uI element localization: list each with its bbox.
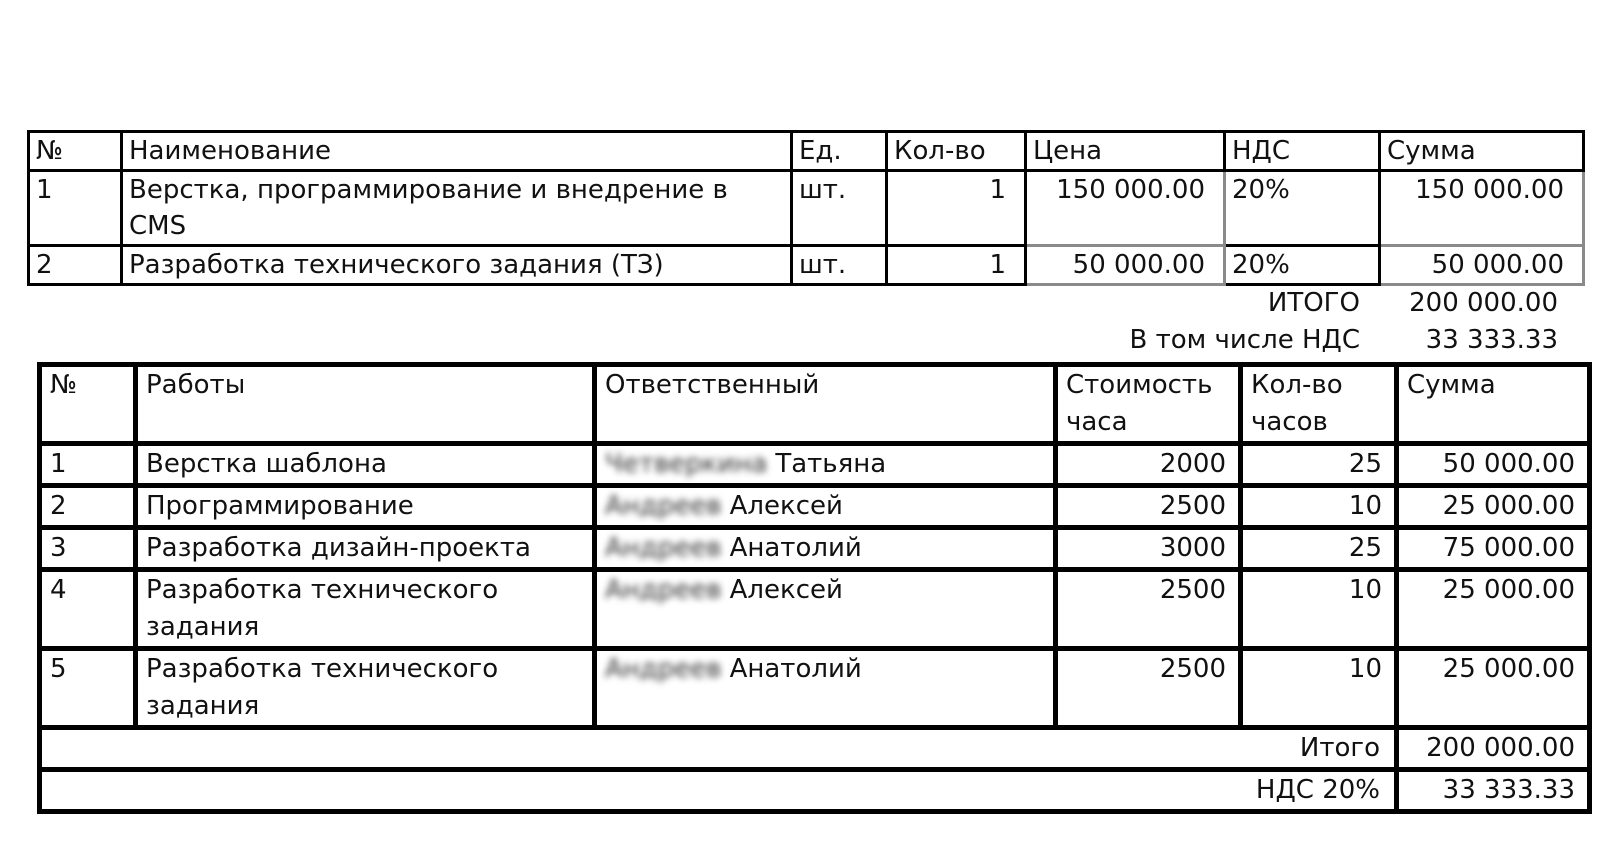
works-row: 3 Разработка дизайн-проекта АндреевАнато… <box>40 528 1590 570</box>
redacted-surname: Андреев <box>605 651 722 688</box>
works-cell-sum: 50 000.00 <box>1397 444 1590 486</box>
works-total-label: Итого <box>40 728 1397 770</box>
works-cell-no: 5 <box>40 649 136 728</box>
estimate-cell-unit: шт. <box>792 246 887 285</box>
works-table: № Работы Ответственный Стоимость часа Ко… <box>37 362 1592 814</box>
works-row: 2 Программирование АндреевАлексей 2500 1… <box>40 486 1590 528</box>
estimate-totals: ИТОГО 200 000.00 В том числе НДС 33 333.… <box>900 285 1558 359</box>
estimate-cell-sum: 50 000.00 <box>1380 246 1584 285</box>
works-header-rate: Стоимость часа <box>1056 365 1241 444</box>
estimate-header-price: Цена <box>1026 132 1225 171</box>
estimate-cell-no: 2 <box>29 246 122 285</box>
estimate-vat-label: В том числе НДС <box>900 322 1360 359</box>
works-row: 1 Верстка шаблона ЧетверкинаТатьяна 2000… <box>40 444 1590 486</box>
responsible-first-name: Алексей <box>730 491 843 521</box>
estimate-cell-qty: 1 <box>887 171 1026 246</box>
responsible-first-name: Алексей <box>730 575 843 605</box>
redacted-surname: Четверкина <box>605 446 767 483</box>
works-cell-sum: 25 000.00 <box>1397 649 1590 728</box>
redacted-surname: Андреев <box>605 530 722 567</box>
works-cell-hours: 10 <box>1241 570 1397 649</box>
works-cell-rate: 2000 <box>1056 444 1241 486</box>
works-vat-label: НДС 20% <box>40 770 1397 812</box>
estimate-header-no: № <box>29 132 122 171</box>
estimate-cell-sum: 150 000.00 <box>1380 171 1584 246</box>
estimate-vat-row: В том числе НДС 33 333.33 <box>900 322 1558 359</box>
works-cell-work: Верстка шаблона <box>136 444 595 486</box>
works-header-hours: Кол-во часов <box>1241 365 1397 444</box>
redacted-surname: Андреев <box>605 488 722 525</box>
works-cell-sum: 25 000.00 <box>1397 486 1590 528</box>
estimate-header-row: № Наименование Ед. Кол-во Цена НДС Сумма <box>29 132 1584 171</box>
estimate-total-row: ИТОГО 200 000.00 <box>900 285 1558 322</box>
works-header-no: № <box>40 365 136 444</box>
estimate-header-qty: Кол-во <box>887 132 1026 171</box>
works-cell-work: Программирование <box>136 486 595 528</box>
works-cell-no: 2 <box>40 486 136 528</box>
estimate-vat-value: 33 333.33 <box>1360 322 1558 359</box>
estimate-row: 2 Разработка технического задания (ТЗ) ш… <box>29 246 1584 285</box>
estimate-total-label: ИТОГО <box>900 285 1360 322</box>
responsible-first-name: Анатолий <box>730 654 862 684</box>
estimate-cell-no: 1 <box>29 171 122 246</box>
works-cell-responsible: АндреевАнатолий <box>595 528 1056 570</box>
works-cell-responsible: АндреевАлексей <box>595 570 1056 649</box>
estimate-cell-name: Верстка, программирование и внедрение в … <box>122 171 792 246</box>
estimate-cell-qty: 1 <box>887 246 1026 285</box>
estimate-cell-price: 50 000.00 <box>1026 246 1225 285</box>
works-cell-rate: 2500 <box>1056 649 1241 728</box>
works-cell-rate: 3000 <box>1056 528 1241 570</box>
responsible-first-name: Анатолий <box>730 533 862 563</box>
estimate-cell-unit: шт. <box>792 171 887 246</box>
works-cell-hours: 25 <box>1241 528 1397 570</box>
works-cell-responsible: АндреевАлексей <box>595 486 1056 528</box>
estimate-total-value: 200 000.00 <box>1360 285 1558 322</box>
responsible-first-name: Татьяна <box>775 449 886 479</box>
works-header-work: Работы <box>136 365 595 444</box>
works-cell-rate: 2500 <box>1056 570 1241 649</box>
works-total-row: Итого 200 000.00 <box>40 728 1590 770</box>
works-total-value: 200 000.00 <box>1397 728 1590 770</box>
works-row: 5 Разработка технического задания Андрее… <box>40 649 1590 728</box>
works-cell-sum: 75 000.00 <box>1397 528 1590 570</box>
estimate-table: № Наименование Ед. Кол-во Цена НДС Сумма… <box>27 130 1585 286</box>
works-vat-value: 33 333.33 <box>1397 770 1590 812</box>
estimate-row: 1 Верстка, программирование и внедрение … <box>29 171 1584 246</box>
works-cell-no: 4 <box>40 570 136 649</box>
estimate-cell-vat: 20% <box>1225 246 1380 285</box>
works-cell-hours: 10 <box>1241 649 1397 728</box>
estimate-cell-name: Разработка технического задания (ТЗ) <box>122 246 792 285</box>
estimate-header-unit: Ед. <box>792 132 887 171</box>
works-cell-responsible: ЧетверкинаТатьяна <box>595 444 1056 486</box>
redacted-surname: Андреев <box>605 572 722 609</box>
works-cell-no: 3 <box>40 528 136 570</box>
estimate-header-name: Наименование <box>122 132 792 171</box>
works-cell-rate: 2500 <box>1056 486 1241 528</box>
works-vat-row: НДС 20% 33 333.33 <box>40 770 1590 812</box>
estimate-header-sum: Сумма <box>1380 132 1584 171</box>
estimate-cell-price: 150 000.00 <box>1026 171 1225 246</box>
works-cell-work: Разработка дизайн-проекта <box>136 528 595 570</box>
works-cell-sum: 25 000.00 <box>1397 570 1590 649</box>
works-header-sum: Сумма <box>1397 365 1590 444</box>
works-cell-hours: 10 <box>1241 486 1397 528</box>
works-cell-responsible: АндреевАнатолий <box>595 649 1056 728</box>
works-header-responsible: Ответственный <box>595 365 1056 444</box>
estimate-header-vat: НДС <box>1225 132 1380 171</box>
estimate-cell-vat: 20% <box>1225 171 1380 246</box>
works-row: 4 Разработка технического задания Андрее… <box>40 570 1590 649</box>
works-header-row: № Работы Ответственный Стоимость часа Ко… <box>40 365 1590 444</box>
works-cell-hours: 25 <box>1241 444 1397 486</box>
works-cell-work: Разработка технического задания <box>136 649 595 728</box>
works-cell-no: 1 <box>40 444 136 486</box>
works-cell-work: Разработка технического задания <box>136 570 595 649</box>
